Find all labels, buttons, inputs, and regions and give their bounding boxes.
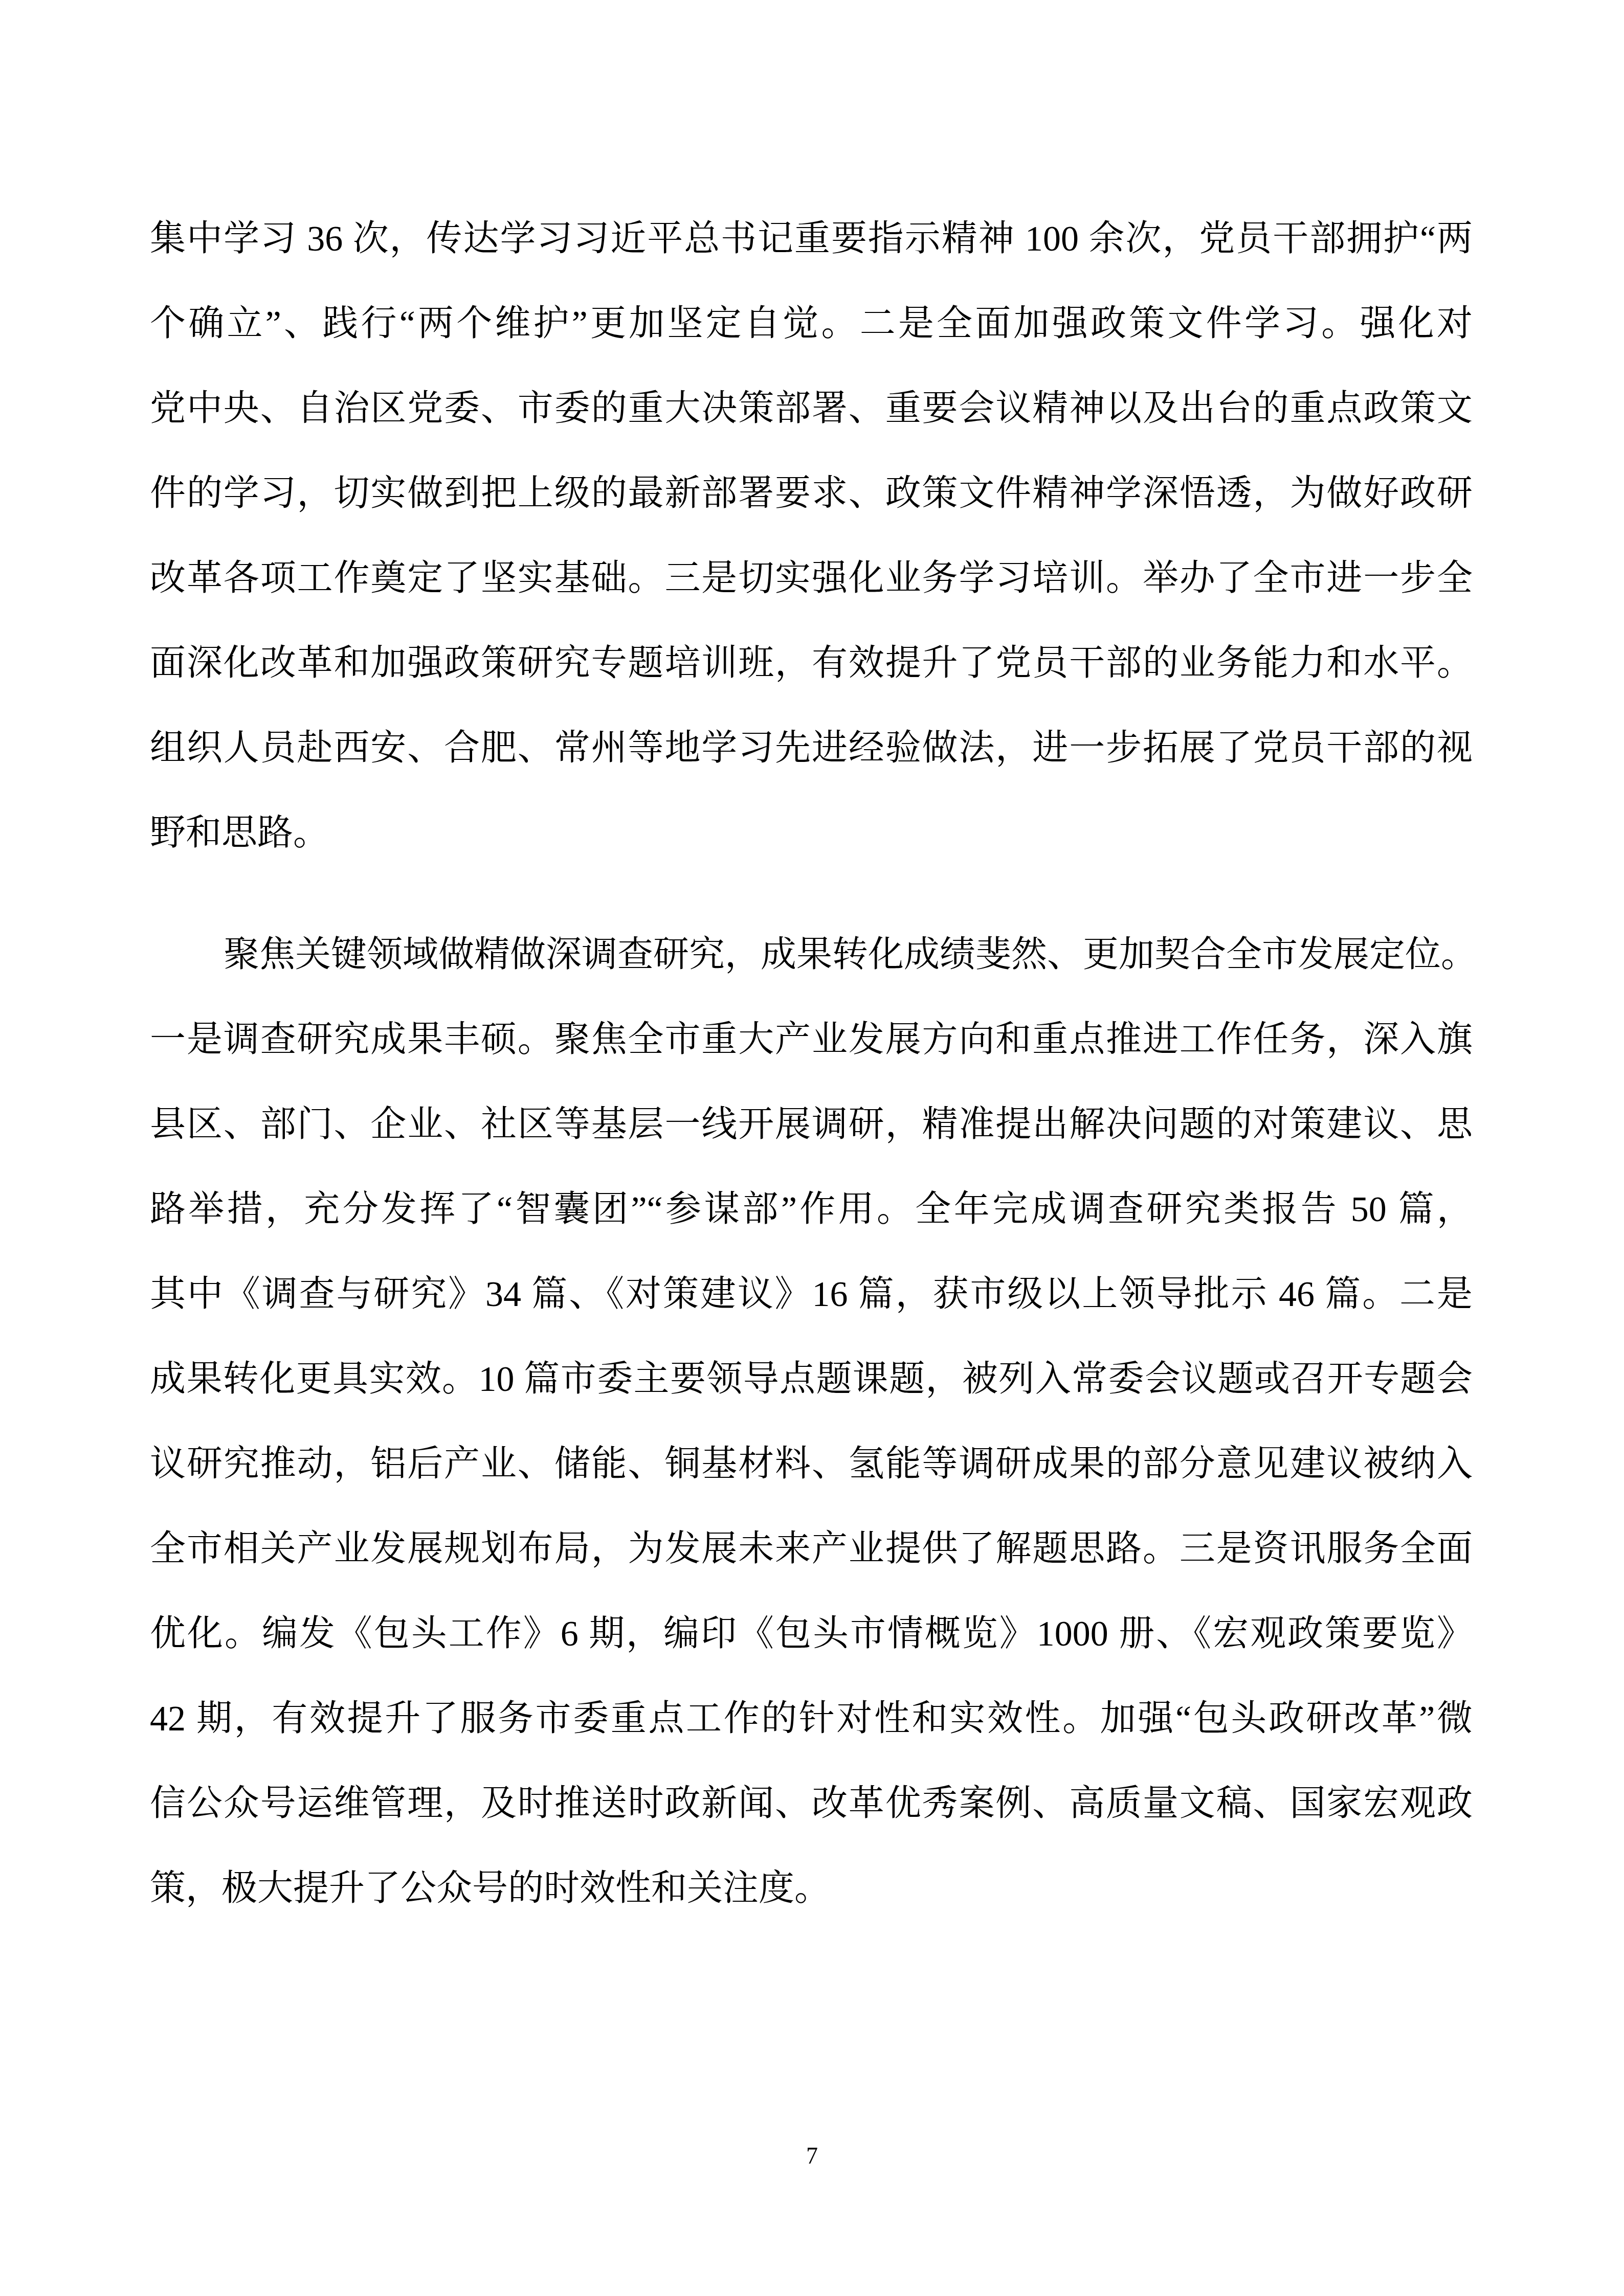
text-line: 成果转化更具实效。10 篇市委主要领导点题课题，被列入常委会议题或召开专题会	[150, 1337, 1473, 1422]
page-number: 7	[0, 2141, 1624, 2171]
text-line: 信公众号运维管理，及时推送时政新闻、改革优秀案例、高质量文稿、国家宏观政	[150, 1762, 1473, 1847]
text-line: 个确立”、践行“两个维护”更加坚定自觉。二是全面加强政策文件学习。强化对	[150, 282, 1473, 367]
text-line: 路举措，充分发挥了“智囊团”“参谋部”作用。全年完成调查研究类报告 50 篇，	[150, 1167, 1473, 1252]
text-line: 其中《调查与研究》34 篇、《对策建议》16 篇，获市级以上领导批示 46 篇。…	[150, 1252, 1473, 1337]
text-line: 全市相关产业发展规划布局，为发展未来产业提供了解题思路。三是资讯服务全面	[150, 1507, 1473, 1592]
text-line: 议研究推动，铝后产业、储能、铜基材料、氢能等调研成果的部分意见建议被纳入	[150, 1422, 1473, 1507]
text-line: 聚焦关键领域做精做深调查研究，成果转化成绩斐然、更加契合全市发展定位。	[150, 913, 1473, 998]
text-line: 策，极大提升了公众号的时效性和关注度。	[150, 1847, 1473, 1931]
text-line: 面深化改革和加强政策研究专题培训班，有效提升了党员干部的业务能力和水平。	[150, 621, 1473, 706]
document-page: 集中学习 36 次，传达学习习近平总书记重要指示精神 100 余次，党员干部拥护…	[0, 0, 1624, 2296]
text-line: 党中央、自治区党委、市委的重大决策部署、重要会议精神以及出台的重点政策文	[150, 367, 1473, 452]
text-line: 一是调查研究成果丰硕。聚焦全市重大产业发展方向和重点推进工作任务，深入旗	[150, 998, 1473, 1083]
text-line: 组织人员赴西安、合肥、常州等地学习先进经验做法，进一步拓展了党员干部的视	[150, 706, 1473, 791]
text-line: 优化。编发《包头工作》6 期，编印《包头市情概览》1000 册、《宏观政策要览》	[150, 1592, 1473, 1677]
text-line: 集中学习 36 次，传达学习习近平总书记重要指示精神 100 余次，党员干部拥护…	[150, 197, 1473, 282]
text-line: 件的学习，切实做到把上级的最新部署要求、政策文件精神学深悟透，为做好政研	[150, 452, 1473, 536]
text-line: 野和思路。	[150, 791, 1473, 876]
paragraph-study-training: 集中学习 36 次，传达学习习近平总书记重要指示精神 100 余次，党员干部拥护…	[150, 197, 1473, 876]
text-line: 县区、部门、企业、社区等基层一线开展调研，精准提出解决问题的对策建议、思	[150, 1083, 1473, 1167]
text-line: 42 期，有效提升了服务市委重点工作的针对性和实效性。加强“包头政研改革”微	[150, 1677, 1473, 1762]
paragraph-research-achievements: 聚焦关键领域做精做深调查研究，成果转化成绩斐然、更加契合全市发展定位。 一是调查…	[150, 913, 1473, 1931]
text-line: 改革各项工作奠定了坚实基础。三是切实强化业务学习培训。举办了全市进一步全	[150, 536, 1473, 621]
